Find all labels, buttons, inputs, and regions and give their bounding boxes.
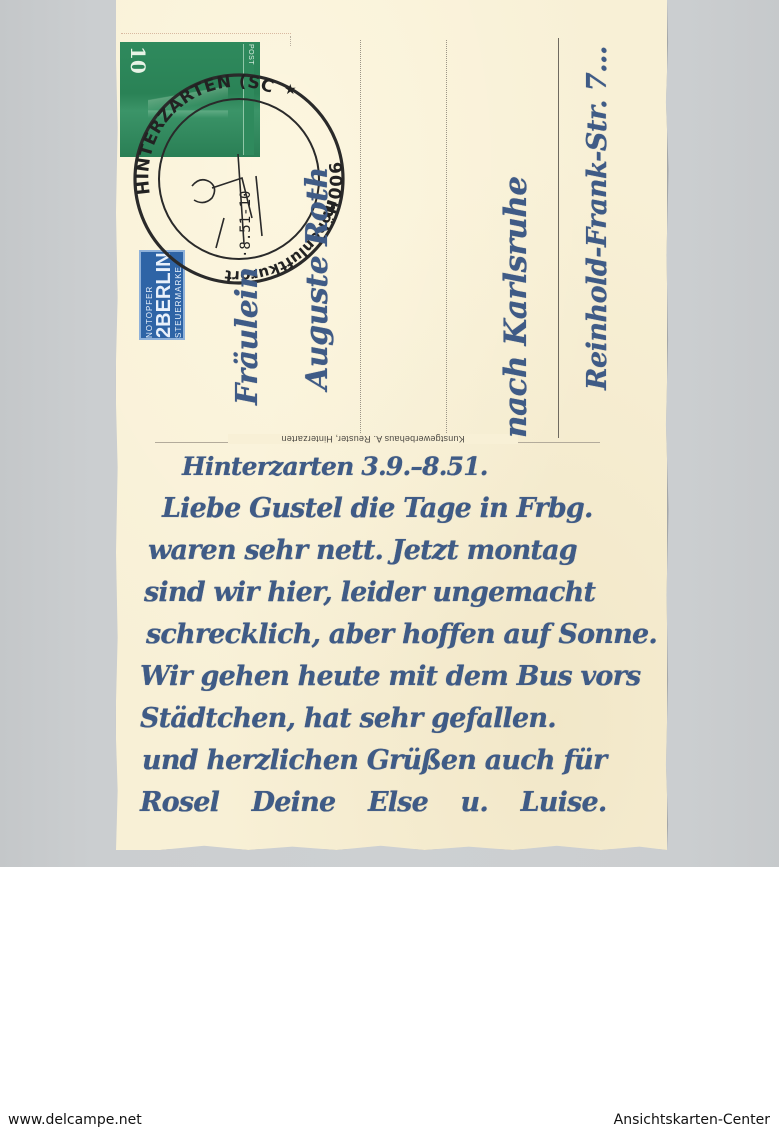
stamp-placement-guide [121, 33, 291, 35]
message-line: Wir gehen heute mit dem Bus vors [140, 656, 660, 698]
notopfer-sub-label: STEUERMARKE [174, 252, 183, 338]
notopfer-value-city: BERLIN [153, 252, 175, 326]
publisher-imprint: Kunstgewerbehaus A. Reuster, Hinterzarte… [228, 434, 518, 444]
recipient-title: Fräulein [230, 267, 265, 405]
stamp-engraving-icon [148, 62, 228, 142]
message-line: Hinterzarten 3.9.–8.51. [140, 446, 660, 488]
stamp-guide-line [290, 36, 291, 46]
green-definitive-stamp: 10 POST [120, 42, 260, 157]
recipient-street: Reinhold-Frank-Str. 7... [582, 46, 613, 390]
stamp-side-text: POST [243, 44, 254, 155]
stamp-value: 10 [126, 46, 150, 74]
message-line: Liebe Gustel die Tage in Frbg. [140, 488, 660, 530]
address-line-1 [360, 40, 361, 435]
listing-page: 10 POST NOTOPFER 2BERLIN STEUERMARKE HIN… [0, 0, 779, 1131]
message-line: Städtchen, hat sehr gefallen. [140, 698, 660, 740]
recipient-city: nach Karlsruhe [498, 176, 534, 438]
message-line: Rosel Deine Else u. Luise. [140, 782, 660, 824]
notopfer-value-number: 2 [153, 327, 175, 338]
notopfer-berlin-stamp: NOTOPFER 2BERLIN STEUERMARKE [139, 250, 185, 340]
message-line: waren sehr nett. Jetzt montag [140, 530, 660, 572]
message-line: sind wir hier, leider ungemacht [140, 572, 660, 614]
address-line-2 [446, 40, 447, 435]
notopfer-stamp-text: NOTOPFER 2BERLIN STEUERMARKE [145, 252, 183, 338]
handwritten-message: Hinterzarten 3.9.–8.51. Liebe Gustel die… [140, 446, 660, 824]
message-line: schrecklich, aber hoffen auf Sonne. [140, 614, 660, 656]
address-line-3 [558, 38, 559, 438]
seller-watermark: Ansichtskarten-Center [614, 1112, 770, 1128]
notopfer-value: 2BERLIN [154, 252, 174, 338]
message-line: und herzlichen Grüßen auch für [140, 740, 660, 782]
listing-footer: www.delcampe.net Ansichtskarten-Center [0, 1110, 779, 1131]
site-watermark: www.delcampe.net [8, 1112, 142, 1128]
recipient-name: Auguste Roth [300, 167, 335, 390]
